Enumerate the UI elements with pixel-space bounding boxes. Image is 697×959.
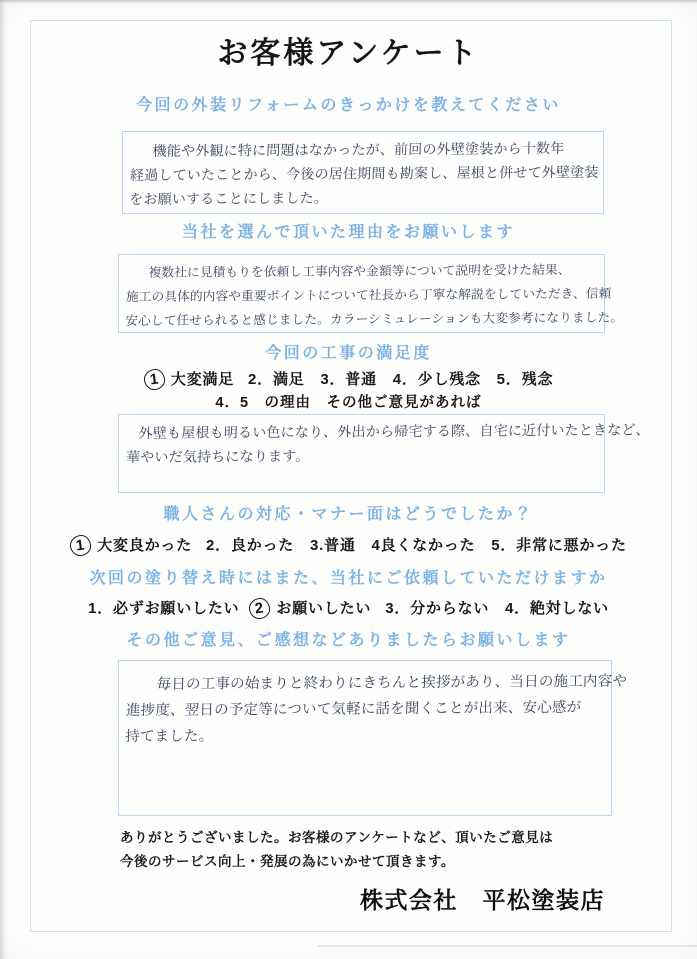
answer-box-why-us: 複数社に見積もりを依頼し工事内容や金額等について説明を受けた結果、 施工の具体的… <box>118 254 605 333</box>
repeat-order-options-row: 1．必ずお願いしたい2お願いしたい3．分からない 4．絶対しない <box>0 597 697 619</box>
question-worker-manner: 職人さんの対応・マナー面はどうでしたか？ <box>0 501 697 524</box>
handwritten-answer: 複数社に見積もりを依頼し工事内容や金額等について説明を受けた結果、 施工の具体的… <box>125 258 596 333</box>
worker-manner-options-row: 1大変良かった2．良かった 3.普通 4良くなかった 5．非常に悪かった <box>0 534 697 556</box>
scan-edge-shadow-top <box>0 0 697 4</box>
handwritten-line: 複数社に見積もりを依頼し工事内容や金額等について説明を受けた結果、 <box>126 258 596 285</box>
company-name: 株式会社 平松塗装店 <box>360 882 605 915</box>
page-title: お客様アンケート <box>0 28 697 72</box>
handwritten-answer: 外壁も屋根も明るい色になり、外出から帰宅する際、自宅に近付いたときなど、 華やい… <box>126 418 596 469</box>
selected-option-circle: 1 <box>69 534 92 557</box>
handwritten-line: 安心して任せられると感じました。カラーシミュレーションも大変参考になりました。 <box>125 306 595 333</box>
selected-option-label: 大変満足 <box>171 371 234 388</box>
question-reform-trigger: 今回の外装リフォームのきっかけを教えてください <box>0 92 697 115</box>
worker-manner-options-rest: 2．良かった 3.普通 4良くなかった 5．非常に悪かった <box>206 537 627 554</box>
repeat-order-options-rest: 3．分からない 4．絶対しない <box>385 600 609 617</box>
answer-box-other-comments: 毎日の工事の始まりと終わりにきちんと挨拶があり、当日の施工内容や 進捗度、翌日の… <box>118 660 612 816</box>
handwritten-line: 施工の具体的内容や重要ポイントについて社長から丁寧な解説をしていただき、信頼 <box>126 282 596 309</box>
thanks-message-line1: ありがとうございました。お客様のアンケートなど、頂いたご意見は <box>120 826 553 846</box>
scanned-survey-document: お客様アンケート 今回の外装リフォームのきっかけを教えてください 機能や外観に特… <box>0 0 697 959</box>
question-other-comments: その他ご意見、ご感想などありましたらお願いします <box>0 627 697 650</box>
selected-option-circle: 2 <box>248 597 271 620</box>
handwritten-line: をお願いすることにしました。 <box>129 184 594 211</box>
handwritten-line: 経過していたことから、今後の居住期間も勘案し、屋根と併せて外壁塗装 <box>130 160 595 187</box>
answer-box-reform-trigger: 機能や外観に特に問題はなかったが、前回の外壁塗装から十数年 経過していたことから… <box>122 131 604 214</box>
satisfaction-options-row: 1大変満足2．満足 3．普通 4．少し残念 5．残念 <box>0 368 697 390</box>
question-repeat-order: 次回の塗り替え時にはまた、当社にご依頼していただけますか <box>0 565 697 588</box>
selected-option-label: 大変良かった <box>97 537 192 554</box>
satisfaction-options-rest: 2．満足 3．普通 4．少し残念 5．残念 <box>248 371 553 388</box>
scan-artifact-line <box>318 945 697 947</box>
handwritten-line: 華やいだ気持ちになります。 <box>126 442 596 469</box>
handwritten-line: 外壁も屋根も明るい色になり、外出から帰宅する際、自宅に近付いたときなど、 <box>126 418 596 445</box>
handwritten-line: 進捗度、翌日の予定等について気軽に話を聞くことが出来、安心感が <box>126 695 603 724</box>
selected-option-circle: 1 <box>143 368 166 391</box>
option-before-selection: 1．必ずお願いしたい <box>88 600 239 617</box>
handwritten-answer: 機能や外観に特に問題はなかったが、前回の外壁塗装から十数年 経過していたことから… <box>129 136 595 211</box>
question-why-us: 当社を選んで頂いた理由をお願いします <box>0 219 697 242</box>
thanks-message-line2: 今後のサービス向上・発展の為にいかせて頂きます。 <box>120 850 455 870</box>
scan-edge-shadow-left <box>0 0 6 959</box>
answer-box-satisfaction-reason: 外壁も屋根も明るい色になり、外出から帰宅する際、自宅に近付いたときなど、 華やい… <box>118 414 605 493</box>
handwritten-line: 持てました。 <box>125 721 602 750</box>
handwritten-line: 毎日の工事の始まりと終わりにきちんと挨拶があり、当日の施工内容や <box>126 669 603 698</box>
selected-option-label: お願いしたい <box>276 600 371 617</box>
handwritten-answer: 毎日の工事の始まりと終わりにきちんと挨拶があり、当日の施工内容や 進捗度、翌日の… <box>125 669 603 750</box>
satisfaction-reason-prompt: 4．5 の理由 その他ご意見があれば <box>0 391 697 412</box>
question-satisfaction: 今回の工事の満足度 <box>0 340 697 363</box>
handwritten-line: 機能や外観に特に問題はなかったが、前回の外壁塗装から十数年 <box>130 136 595 163</box>
